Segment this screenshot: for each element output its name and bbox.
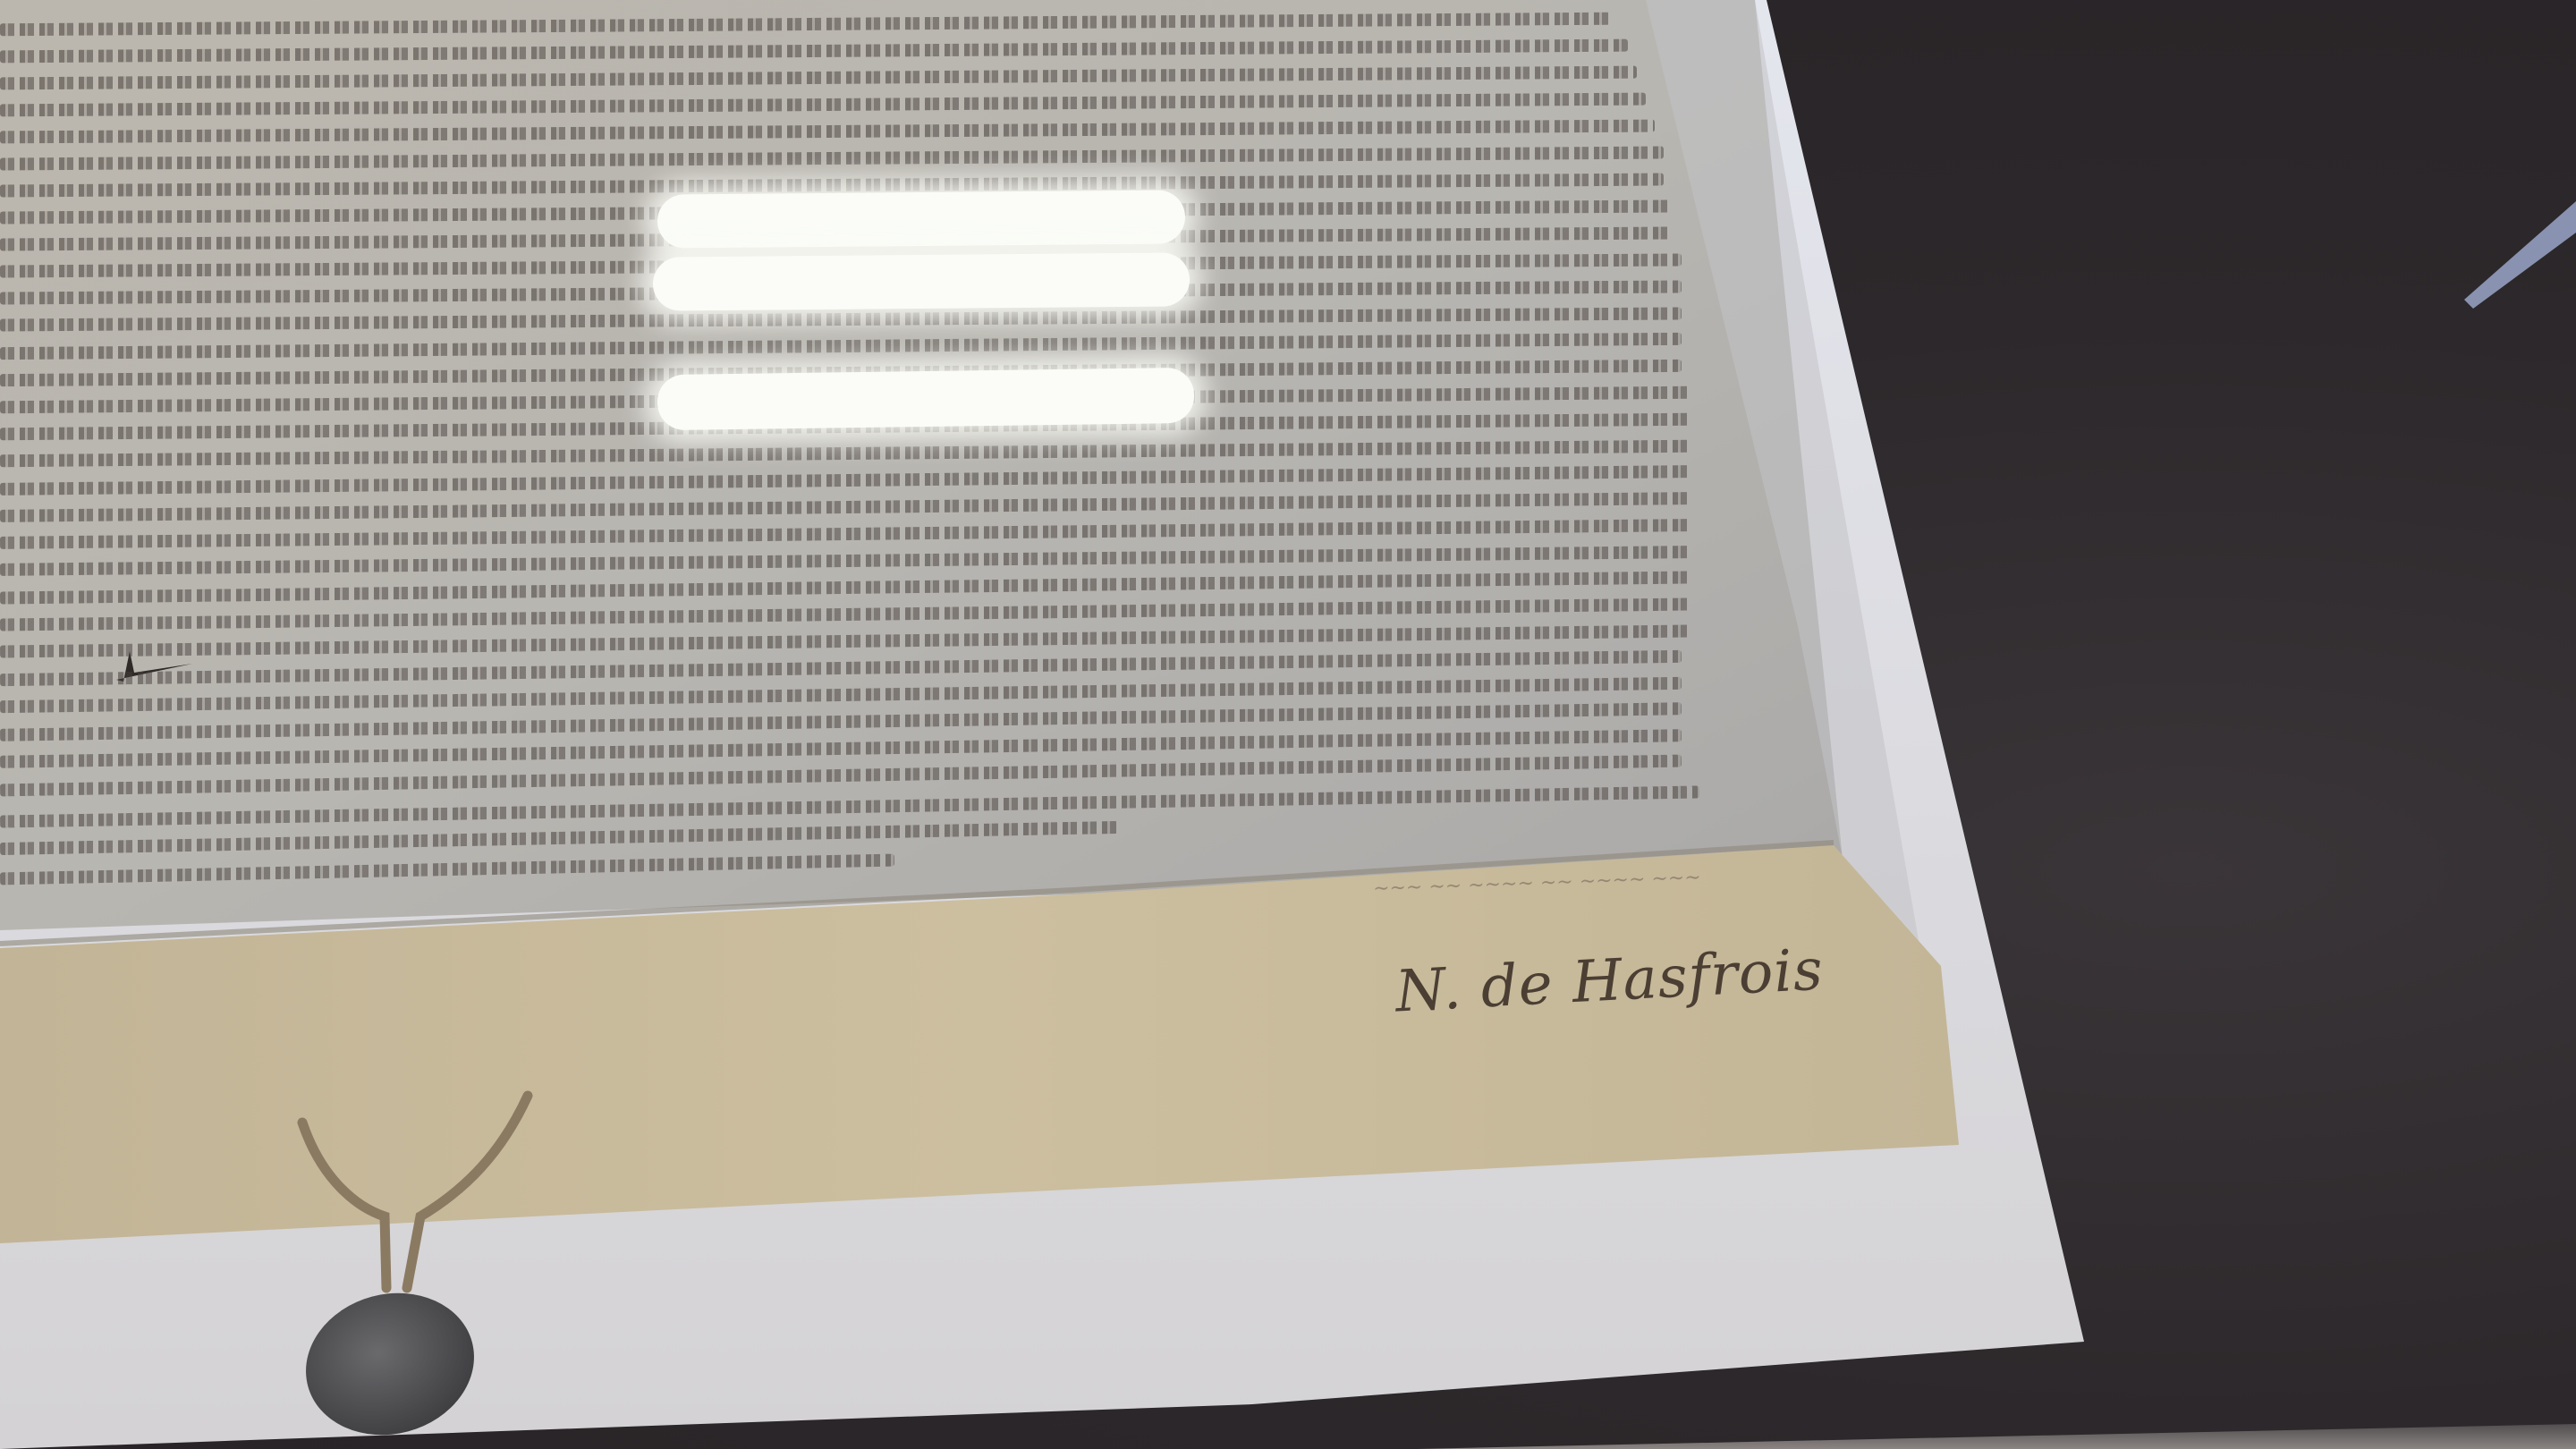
photo-scene: ~~~ ~~ ~~~~ ~~ ~~~~ ~~~ N. de Hasfrois P…: [0, 0, 2576, 1449]
light-reflection-3: [657, 368, 1195, 430]
stylus-tip: [2464, 201, 2576, 309]
light-reflection-1: [657, 190, 1186, 248]
light-reflection-2: [653, 252, 1191, 310]
